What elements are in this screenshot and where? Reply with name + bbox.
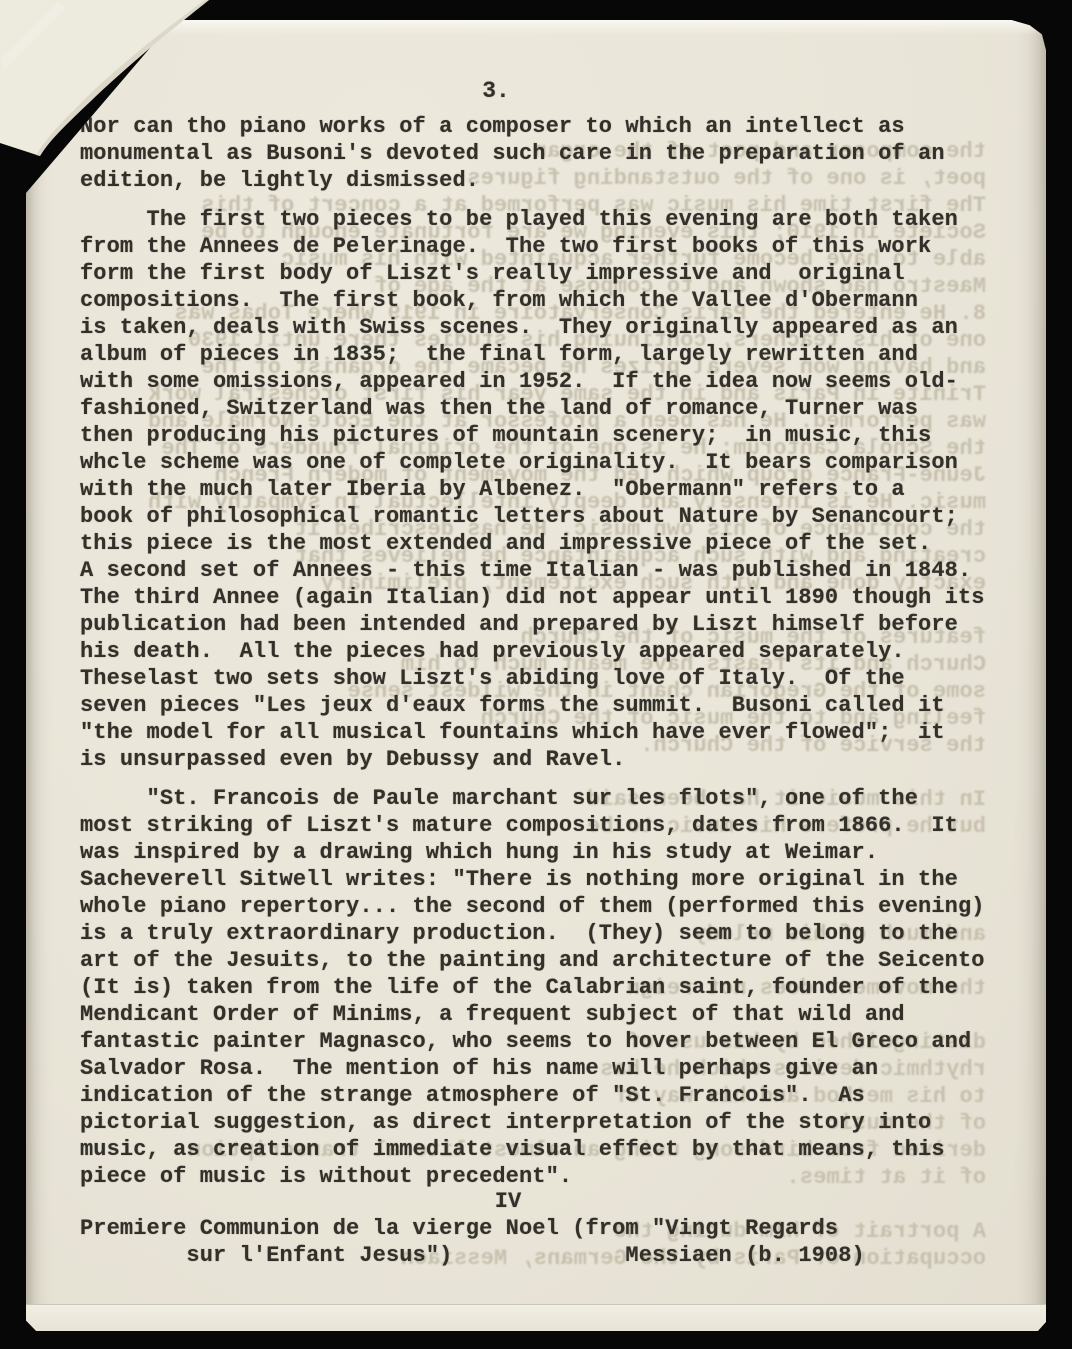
paragraph: "St. Francois de Paule marchant sur les …: [80, 785, 1032, 1190]
text-line: fantastic painter Magnasco, who seems to…: [80, 1028, 1032, 1055]
text-line: fashioned, Switzerland was then the land…: [80, 395, 1032, 422]
text-line: was inspired by a drawing which hung in …: [80, 839, 1032, 866]
text-line: "the model for all musical fountains whi…: [80, 719, 1032, 746]
text-line: with the much later Iberia by Albenez. "…: [80, 476, 1032, 503]
text-line: (It is) taken from the life of the Calab…: [80, 974, 1032, 1001]
text-line: pictorial suggestion, as direct interpre…: [80, 1109, 1032, 1136]
text-line: album of pieces in 1835; the final form,…: [80, 341, 1032, 368]
text-line: "St. Francois de Paule marchant sur les …: [80, 785, 1032, 812]
text-line: most striking of Liszt's mature composit…: [80, 812, 1032, 839]
text-line: is taken, deals with Swiss scenes. They …: [80, 314, 1032, 341]
text-line: Salvador Rosa. The mention of his name w…: [80, 1055, 1032, 1082]
section-heading-block: IVPremiere Communion de la vierge Noel (…: [80, 1188, 1032, 1269]
text-line: compositions. The first book, from which…: [80, 287, 1032, 314]
text-line: this piece is the most extended and impr…: [80, 530, 1032, 557]
scan-background: { "colors": { "background": "#070707", "…: [0, 0, 1072, 1349]
text-line: with some omissions, appeared in 1952. I…: [80, 368, 1032, 395]
text-line: art of the Jesuits, to the painting and …: [80, 947, 1032, 974]
text-line: music, as creation of immediate visual e…: [80, 1136, 1032, 1163]
text-line: A second set of Annees - this time Itali…: [80, 557, 1032, 584]
text-line: seven pieces "Les jeux d'eaux forms the …: [80, 692, 1032, 719]
text-line: book of philosophical romantic letters a…: [80, 503, 1032, 530]
text-line: is a truly extraordinary production. (Th…: [80, 920, 1032, 947]
text-line: form the first body of Liszt's really im…: [80, 260, 1032, 287]
text-line: piece of music is without precedent".: [80, 1163, 1032, 1190]
section-numeral: IV: [32, 1188, 984, 1215]
text-line: The first two pieces to be played this e…: [80, 206, 1032, 233]
text-line: his death. All the pieces had previously…: [80, 638, 1032, 665]
text-line: publication had been intended and prepar…: [80, 611, 1032, 638]
page-bottom-edge: [26, 1304, 1046, 1332]
text-line: Theselast two sets show Liszt's abiding …: [80, 665, 1032, 692]
work-title-line: sur l'Enfant Jesus") Messiaen (b. 1908): [80, 1242, 1032, 1269]
text-line: is unsurpassed even by Debussy and Ravel…: [80, 746, 1032, 773]
text-line: Mendicant Order of Minims, a frequent su…: [80, 1001, 1032, 1028]
paragraph: The first two pieces to be played this e…: [80, 206, 1032, 773]
text-line: The third Annee (again Italian) did not …: [80, 584, 1032, 611]
text-line: from the Annees de Pelerinage. The two f…: [80, 233, 1032, 260]
text-line: indication of the strange atmosphere of …: [80, 1082, 1032, 1109]
work-title-line: Premiere Communion de la vierge Noel (fr…: [80, 1215, 1032, 1242]
folded-page-corner: [0, 0, 240, 180]
document-page: the composer and poet of the organpoet, …: [26, 20, 1046, 1331]
text-flow: Nor can tho piano works of a composer to…: [80, 113, 1032, 1269]
text-line: then producing his pictures of mountain …: [80, 422, 1032, 449]
text-line: Sacheverell Sitwell writes: "There is no…: [80, 866, 1032, 893]
text-line: whole piano repertory... the second of t…: [80, 893, 1032, 920]
text-line: whcle scheme was one of complete origina…: [80, 449, 1032, 476]
